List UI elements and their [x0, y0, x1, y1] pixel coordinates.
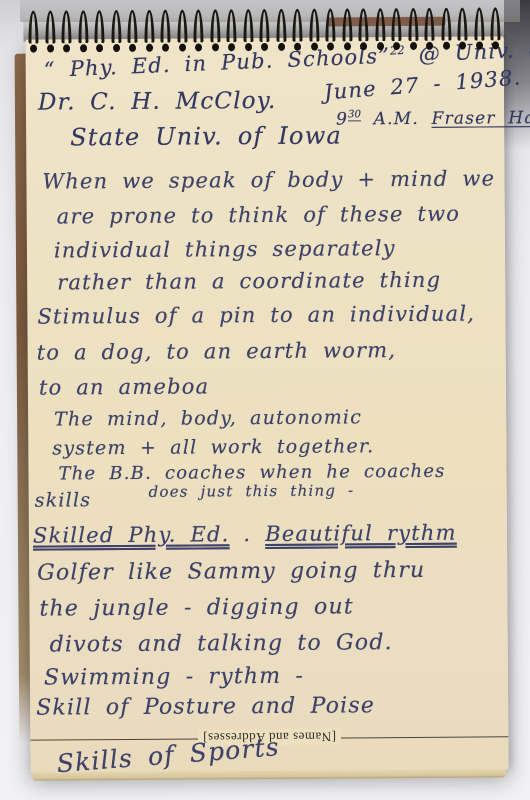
- note-line: Stimulus of a pin to an individual,: [37, 302, 475, 329]
- note-line: The B.B. coaches when he coaches: [58, 461, 445, 485]
- note-affiliation: State Univ. of Iowa: [70, 121, 342, 151]
- note-line: rather than a coordinate thing: [57, 268, 441, 295]
- note-line: the jungle - digging out: [39, 594, 354, 621]
- heading-separator: .: [243, 522, 251, 546]
- spiral-coil: [309, 9, 319, 42]
- spiral-coil: [490, 7, 500, 40]
- spiral-coil: [193, 9, 203, 42]
- spiral-coil: [276, 9, 286, 42]
- spiral-coil: [457, 8, 467, 41]
- spiral-coil: [127, 10, 137, 43]
- note-line: When we speak of body + mind we: [42, 166, 495, 193]
- spiral-coil: [160, 10, 170, 43]
- spiral-coil: [243, 9, 253, 42]
- note-line: Skill of Posture and Poise: [36, 693, 375, 720]
- spiral-coil: [375, 8, 385, 41]
- note-line: divots and talking to God.: [50, 630, 393, 657]
- spiral-coil: [61, 10, 71, 43]
- note-date: June 27 - 1938.: [323, 65, 522, 104]
- note-line: The mind, body, autonomic: [54, 406, 362, 430]
- note-line: individual things separately: [54, 236, 396, 262]
- note-time-place: 930 A.M. Fraser Hall: [336, 108, 530, 129]
- note-line: to an ameboa: [39, 374, 210, 399]
- spiral-coil: [441, 8, 451, 41]
- hall-name: Fraser Hall: [431, 108, 530, 129]
- note-line: system + all work together.: [52, 435, 374, 459]
- note-line-inset: does just this thing -: [149, 481, 355, 500]
- spiral-coil: [391, 8, 401, 41]
- spiral-coil: [226, 9, 236, 42]
- spiral-coil: [259, 9, 269, 42]
- spiral-coil: [358, 8, 368, 41]
- note-line: are prone to think of these two: [57, 202, 461, 229]
- note-line: Golfer like Sammy going thru: [37, 558, 425, 586]
- note-heading: Skilled Phy. Ed. . Beautiful rythm: [33, 521, 457, 548]
- note-line: Swimming - rythm -: [44, 664, 304, 691]
- heading-left: Skilled Phy. Ed.: [33, 522, 230, 547]
- note-line: to a dog, to an earth worm,: [37, 338, 397, 365]
- spiral-coil: [325, 8, 335, 41]
- spiral-coil: [177, 10, 187, 43]
- spiral-coil: [474, 7, 484, 40]
- spiral-coil: [424, 8, 434, 41]
- spiral-coil: [94, 10, 104, 43]
- notebook: “ Phy. Ed. in Pub. Schools”22 @ Univ. of…: [0, 0, 530, 800]
- notebook-page: “ Phy. Ed. in Pub. Schools”22 @ Univ. of…: [25, 36, 508, 772]
- note-lecturer: Dr. C. H. McCloy.: [38, 88, 277, 116]
- time-minutes: 30: [348, 110, 361, 122]
- spiral-coil: [78, 10, 88, 43]
- spiral-coil: [111, 10, 121, 43]
- heading-right: Beautiful rythm: [265, 521, 457, 546]
- spiral-coil: [28, 11, 38, 44]
- spiral-coil: [45, 10, 55, 43]
- spiral-coil: [144, 10, 154, 43]
- spiral-coil: [342, 8, 352, 41]
- spiral-coil: [408, 8, 418, 41]
- spiral-coil: [292, 9, 302, 42]
- time-meridiem: A.M.: [374, 109, 419, 129]
- spiral-coil: [210, 9, 220, 42]
- photo-background: “ Phy. Ed. in Pub. Schools”22 @ Univ. of…: [0, 0, 530, 800]
- note-line-skills: skills: [35, 489, 92, 511]
